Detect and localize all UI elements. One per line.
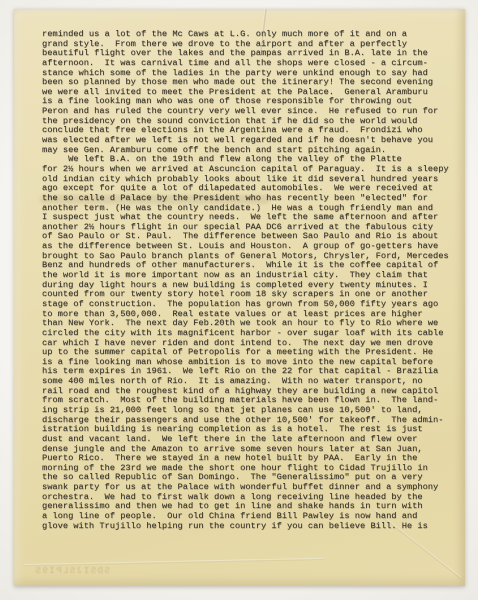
text-line: glove with Trujillo helping run the coun… [42, 522, 449, 532]
letter-page: reminded us a lot of the Mc Caws at L.G.… [14, 9, 465, 586]
paper-crease-bottom [24, 558, 324, 566]
typewritten-text: reminded us a lot of the Mc Caws at L.G.… [42, 30, 449, 531]
bleed-through-marking: SDSIJSLPI9S [34, 566, 110, 576]
